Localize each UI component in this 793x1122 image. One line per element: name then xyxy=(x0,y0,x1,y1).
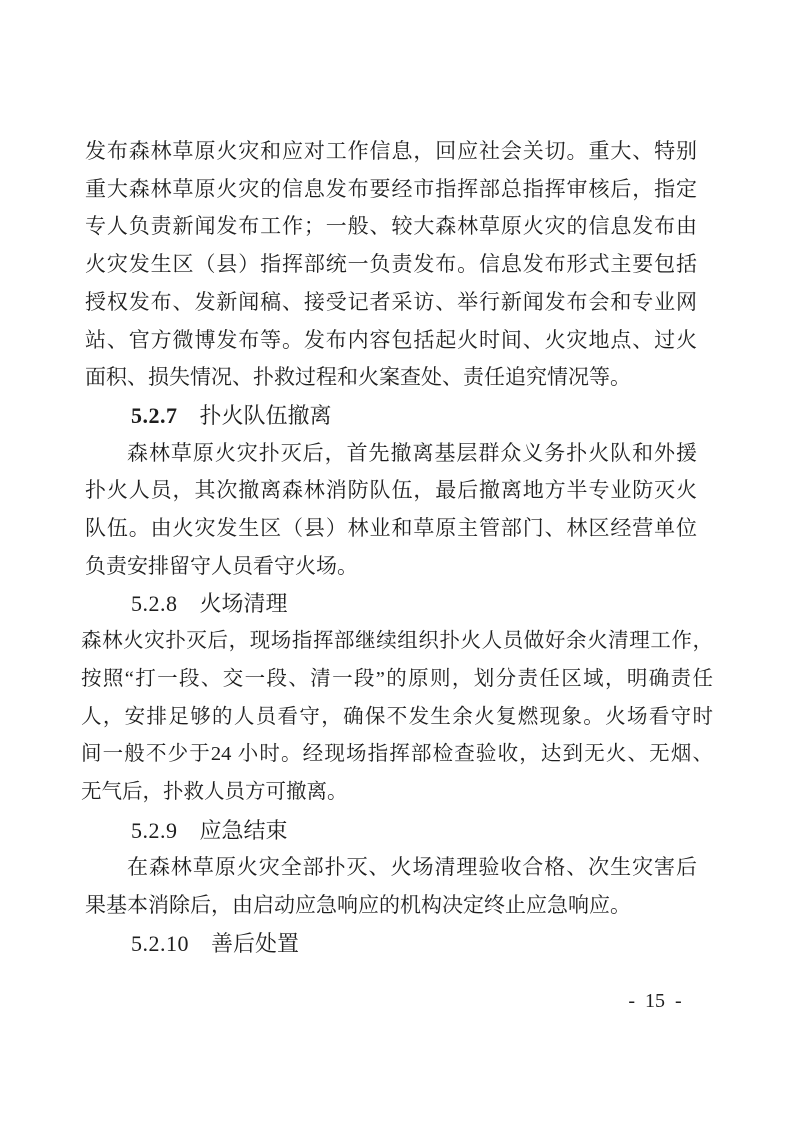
document-line: 森林火灾扑灭后，现场指挥部继续组织扑火人员做好余火清理工作， xyxy=(81,623,713,661)
document-line: 果基本消除后，由启动应急响应的机构决定终止应急响应。 xyxy=(85,887,697,925)
document-line: 按照“打一段、交一段、清一段”的原则，划分责任区域，明确责任 xyxy=(81,661,713,699)
document-line: 授权发布、发新闻稿、接受记者采访、举行新闻发布会和专业网 xyxy=(85,284,697,322)
paragraph-site-cleanup: 森林火灾扑灭后，现场指挥部继续组织扑火人员做好余火清理工作， 按照“打一段、交一… xyxy=(81,623,713,812)
document-line: 重大森林草原火灾的信息发布要经市指挥部总指挥审核后，指定 xyxy=(85,171,697,209)
document-line: 在森林草原火灾全部扑灭、火场清理验收合格、次生灾害后 xyxy=(85,849,697,887)
document-line: 间一般不少于24 小时。经现场指挥部检查验收，达到无火、无烟、 xyxy=(81,736,713,774)
document-page: 发布森林草原火灾和应对工作信息，回应社会关切。重大、特别 重大森林草原火灾的信息… xyxy=(0,0,793,1122)
section-title: 火场清理 xyxy=(200,591,288,616)
section-number: 5.2.8 xyxy=(131,591,178,616)
document-line: 人，安排足够的人员看守，确保不发生余火复燃现象。火场看守时 xyxy=(81,699,713,737)
section-number: 5.2.9 xyxy=(131,818,178,843)
paragraph-information-release: 发布森林草原火灾和应对工作信息，回应社会关切。重大、特别 重大森林草原火灾的信息… xyxy=(85,133,697,397)
section-heading-5-2-7: 5.2.7扑火队伍撤离 xyxy=(85,397,697,435)
document-line: 无气后，扑救人员方可撤离。 xyxy=(81,774,713,812)
section-title: 善后处置 xyxy=(211,931,299,956)
paragraph-team-withdrawal: 森林草原火灾扑灭后，首先撤离基层群众义务扑火队和外援 扑火人员，其次撤离森林消防… xyxy=(85,435,697,586)
document-line: 专人负责新闻发布工作；一般、较大森林草原火灾的信息发布由 xyxy=(85,208,697,246)
document-line: 站、官方微博发布等。发布内容包括起火时间、火灾地点、过火 xyxy=(85,322,697,360)
section-number: 5.2.10 xyxy=(131,931,189,956)
page-number: - 15 - xyxy=(600,990,710,1013)
document-line: 面积、损失情况、扑救过程和火案查处、责任追究情况等。 xyxy=(85,359,697,397)
document-line: 火灾发生区（县）指挥部统一负责发布。信息发布形式主要包括 xyxy=(85,246,697,284)
document-line: 森林草原火灾扑灭后，首先撤离基层群众义务扑火队和外援 xyxy=(85,435,697,473)
paragraph-response-end: 在森林草原火灾全部扑灭、火场清理验收合格、次生灾害后 果基本消除后，由启动应急响… xyxy=(85,849,697,924)
section-title: 应急结束 xyxy=(200,818,288,843)
section-heading-5-2-9: 5.2.9应急结束 xyxy=(85,812,697,850)
section-title: 扑火队伍撤离 xyxy=(200,403,332,428)
document-body: 发布森林草原火灾和应对工作信息，回应社会关切。重大、特别 重大森林草原火灾的信息… xyxy=(85,133,697,962)
document-line: 发布森林草原火灾和应对工作信息，回应社会关切。重大、特别 xyxy=(85,133,697,171)
document-line: 队伍。由火灾发生区（县）林业和草原主管部门、林区经营单位 xyxy=(85,510,697,548)
document-line: 负责安排留守人员看守火场。 xyxy=(85,548,697,586)
section-number: 5.2.7 xyxy=(131,403,178,428)
section-heading-5-2-8: 5.2.8火场清理 xyxy=(85,585,697,623)
document-line: 扑火人员，其次撤离森林消防队伍，最后撤离地方半专业防灭火 xyxy=(85,472,697,510)
section-heading-5-2-10: 5.2.10善后处置 xyxy=(85,925,697,963)
